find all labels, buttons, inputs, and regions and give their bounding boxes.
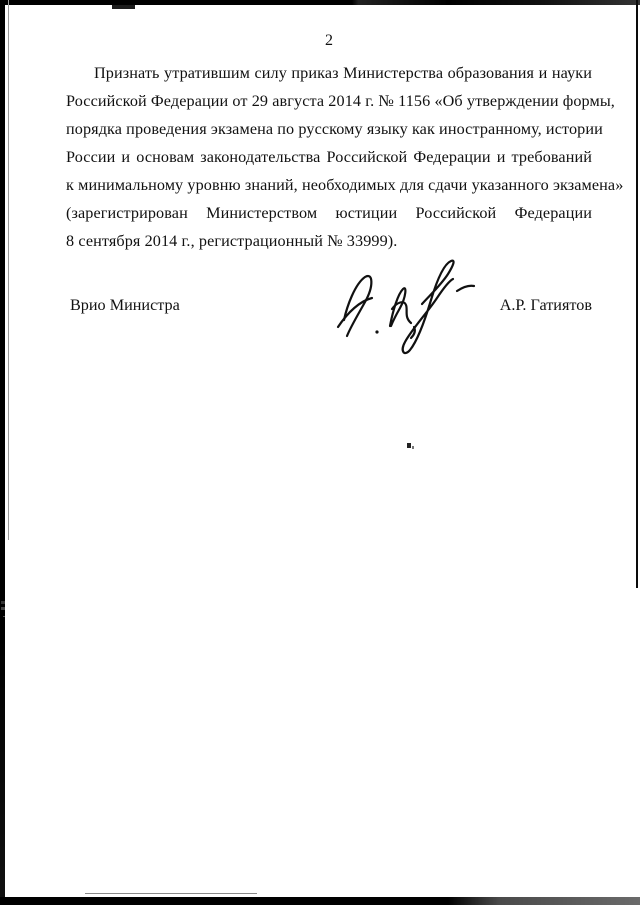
scan-border-left xyxy=(0,0,5,905)
scan-speck-left-edge xyxy=(1,601,5,604)
scan-border-top xyxy=(0,0,640,5)
scan-artifact-top xyxy=(112,5,135,9)
scanned-document-page: 2 Признать утратившим силу приказ Минист… xyxy=(0,0,640,905)
paragraph-line: 8 сентября 2014 г., регистрационный № 33… xyxy=(66,227,592,255)
paragraph-line: к минимальному уровню знаний, необходимы… xyxy=(66,171,592,199)
scan-border-right-line xyxy=(636,0,638,588)
scan-speck-center xyxy=(407,443,411,448)
page-number: 2 xyxy=(66,32,592,50)
paragraph-line: России и основам законодательства Россий… xyxy=(66,143,592,171)
paragraph-line: Российской Федерации от 29 августа 2014 … xyxy=(66,87,592,115)
signer-title: Врио Министра xyxy=(70,296,180,315)
scan-border-bottom xyxy=(0,897,640,905)
scan-hairline-bottom xyxy=(85,893,257,894)
scan-hairline-left xyxy=(8,0,9,540)
paragraph-line: порядка проведения экзамена по русскому … xyxy=(66,115,592,143)
paragraph-line: (зарегистрирован Министерством юстиции Р… xyxy=(66,199,592,227)
order-paragraph: Признать утратившим силу приказ Министер… xyxy=(66,59,592,255)
signer-name: А.Р. Гатиятов xyxy=(500,296,592,315)
handwritten-signature xyxy=(334,254,476,360)
paragraph-line: Признать утратившим силу приказ Министер… xyxy=(66,59,592,87)
